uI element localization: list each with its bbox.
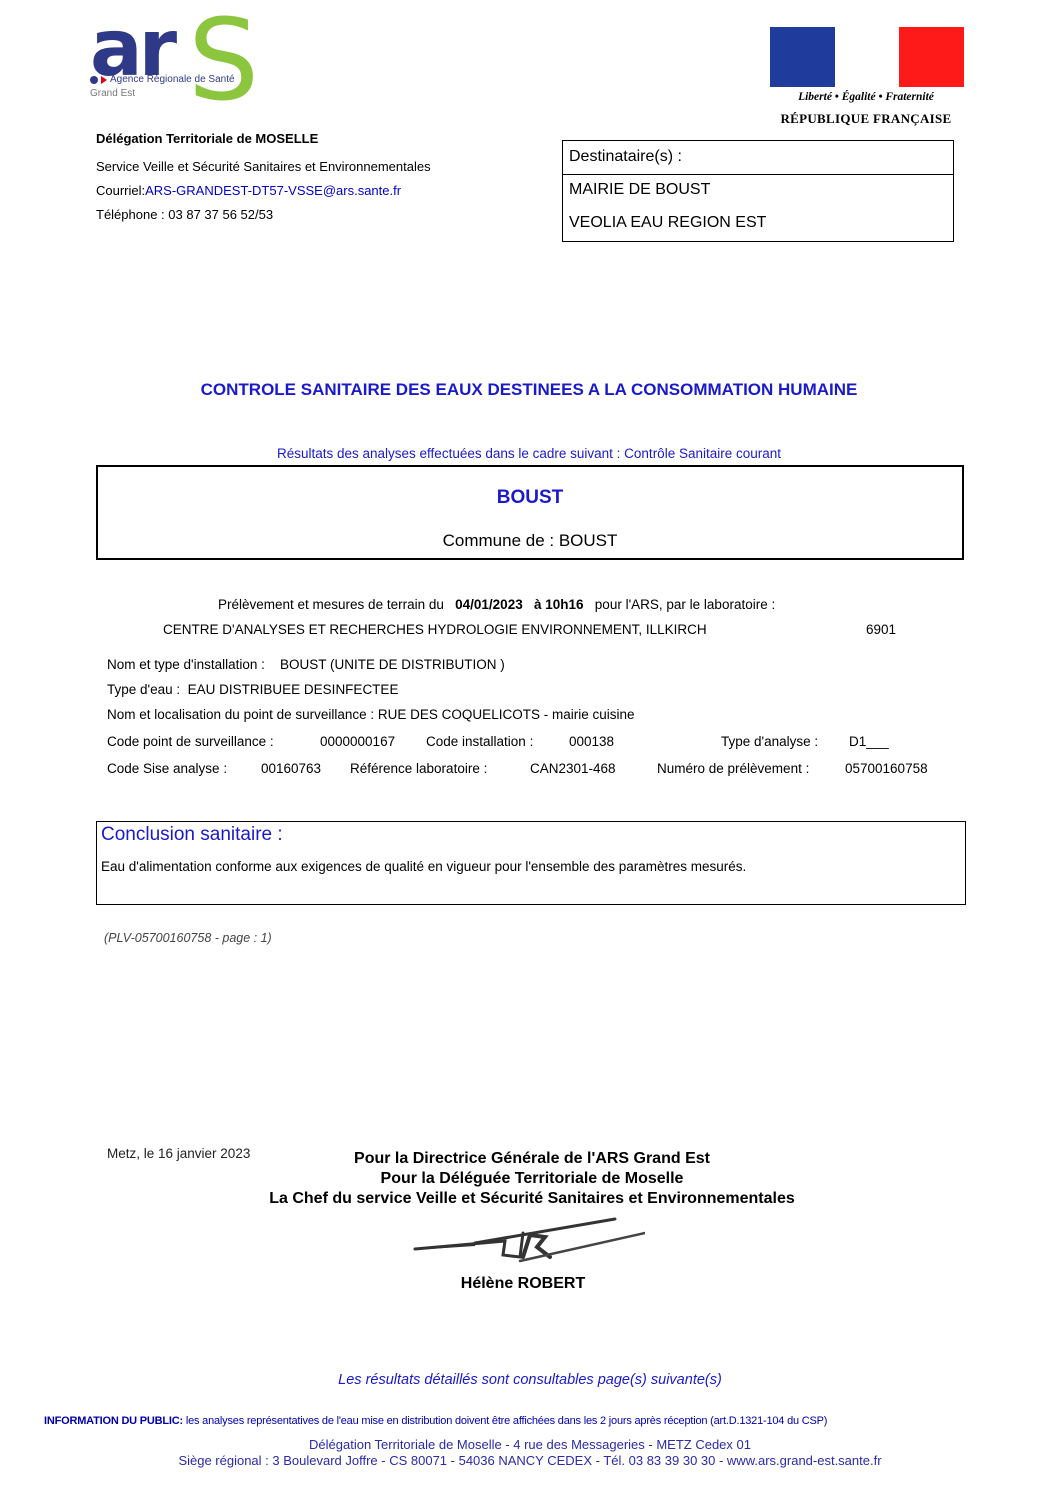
details-note: Les résultats détaillés sont consultable… [0, 1372, 1058, 1388]
republique-name: RÉPUBLIQUE FRANÇAISE [768, 111, 964, 127]
sender-title: Délégation Territoriale de MOSELLE [96, 131, 318, 146]
recipients-box: Destinataire(s) : MAIRIE DE BOUST VEOLIA… [562, 140, 954, 242]
sise-label: Code Sise analyse : [107, 761, 227, 776]
divider [563, 174, 953, 175]
installation-value: BOUST (UNITE DE DISTRIBUTION ) [280, 657, 505, 672]
signature-line: Pour la Directrice Générale de l'ARS Gra… [0, 1150, 1058, 1168]
point-code-value: 0000000167 [320, 734, 395, 749]
motto: Liberté • Égalité • Fraternité [768, 91, 964, 103]
ars-agency-line: Agence Régionale de Santé [90, 74, 235, 85]
republique-francaise-logo: Liberté • Égalité • Fraternité RÉPUBLIQU… [768, 27, 964, 129]
point-row: Nom et localisation du point de surveill… [107, 707, 634, 722]
email-link[interactable]: ARS-GRANDEST-DT57-VSSE@ars.sante.fr [145, 183, 401, 198]
signature-line: La Chef du service Veille et Sécurité Sa… [0, 1190, 1058, 1208]
analysis-type-value: D1___ [849, 734, 889, 749]
water-type-row: Type d'eau : EAU DISTRIBUEE DESINFECTEE [107, 682, 398, 697]
public-info-label: INFORMATION DU PUBLIC: [44, 1415, 183, 1427]
sampling-time: à 10h16 [534, 597, 584, 612]
point-code-label: Code point de surveillance : [107, 734, 274, 749]
analysis-context: Résultats des analyses effectuées dans l… [0, 446, 1058, 461]
footer-address-1: Délégation Territoriale de Moselle - 4 r… [0, 1437, 1058, 1452]
signer-name: Hélène ROBERT [0, 1275, 1046, 1293]
conclusion-text: Eau d'alimentation conforme aux exigence… [101, 859, 746, 874]
dot-icon [90, 76, 98, 84]
water-type-label: Type d'eau : [107, 682, 180, 697]
installation-row: Nom et type d'installation : BOUST (UNIT… [107, 657, 505, 672]
installation-label: Nom et type d'installation : [107, 657, 265, 672]
sampling-suffix: pour l'ARS, par le laboratoire : [595, 597, 775, 612]
conclusion-title: Conclusion sanitaire : [101, 824, 283, 846]
sampling-date: 04/01/2023 [455, 597, 523, 612]
ars-region: Grand Est [90, 88, 135, 99]
sampling-line: Prélèvement et mesures de terrain du 04/… [218, 597, 775, 612]
public-information: INFORMATION DU PUBLIC: les analyses repr… [44, 1415, 827, 1427]
recipient-item: MAIRIE DE BOUST [569, 181, 710, 199]
analysis-type-label: Type d'analyse : [721, 734, 818, 749]
installation-code-label: Code installation : [426, 734, 533, 749]
unit-box: BOUST Commune de : BOUST [96, 465, 964, 560]
installation-code-value: 000138 [569, 734, 614, 749]
arrow-icon [101, 76, 107, 84]
unit-commune: Commune de : BOUST [98, 531, 962, 551]
recipient-item: VEOLIA EAU REGION EST [569, 214, 766, 232]
document-title: CONTROLE SANITAIRE DES EAUX DESTINEES A … [0, 380, 1058, 400]
signature-line: Pour la Déléguée Territoriale de Moselle [0, 1170, 1058, 1188]
page-reference: (PLV-05700160758 - page : 1) [104, 931, 272, 945]
sample-number-value: 05700160758 [845, 761, 928, 776]
sender-service: Service Veille et Sécurité Sanitaires et… [96, 159, 431, 174]
sender-email-row: Courriel:ARS-GRANDEST-DT57-VSSE@ars.sant… [96, 183, 401, 198]
unit-name: BOUST [98, 487, 962, 509]
ars-agency-name: Agence Régionale de Santé [110, 74, 235, 85]
conclusion-box: Conclusion sanitaire : Eau d'alimentatio… [96, 821, 966, 905]
public-info-text: les analyses représentatives de l'eau mi… [183, 1415, 827, 1427]
laboratory-name: CENTRE D'ANALYSES ET RECHERCHES HYDROLOG… [163, 622, 707, 637]
lab-ref-value: CAN2301-468 [530, 761, 616, 776]
sampling-prefix: Prélèvement et mesures de terrain du [218, 597, 444, 612]
point-label: Nom et localisation du point de surveill… [107, 707, 374, 722]
point-value: RUE DES COQUELICOTS - mairie cuisine [378, 707, 635, 722]
footer-address-2: Siège régional : 3 Boulevard Joffre - CS… [0, 1453, 1058, 1468]
laboratory-code: 6901 [866, 622, 896, 637]
ars-logo-s: S [188, 0, 259, 126]
marianne-profile-icon [840, 27, 898, 87]
ars-logo: ar S Agence Régionale de Santé Grand Est [88, 18, 278, 118]
recipients-label: Destinataire(s) : [569, 148, 682, 166]
sender-phone: Téléphone : 03 87 37 56 52/53 [96, 207, 273, 222]
handwritten-signature-icon [405, 1213, 645, 1263]
sise-value: 00160763 [261, 761, 321, 776]
lab-ref-label: Référence laboratoire : [350, 761, 487, 776]
water-type-value: EAU DISTRIBUEE DESINFECTEE [188, 682, 399, 697]
email-label: Courriel: [96, 183, 145, 198]
sample-number-label: Numéro de prélèvement : [657, 761, 809, 776]
